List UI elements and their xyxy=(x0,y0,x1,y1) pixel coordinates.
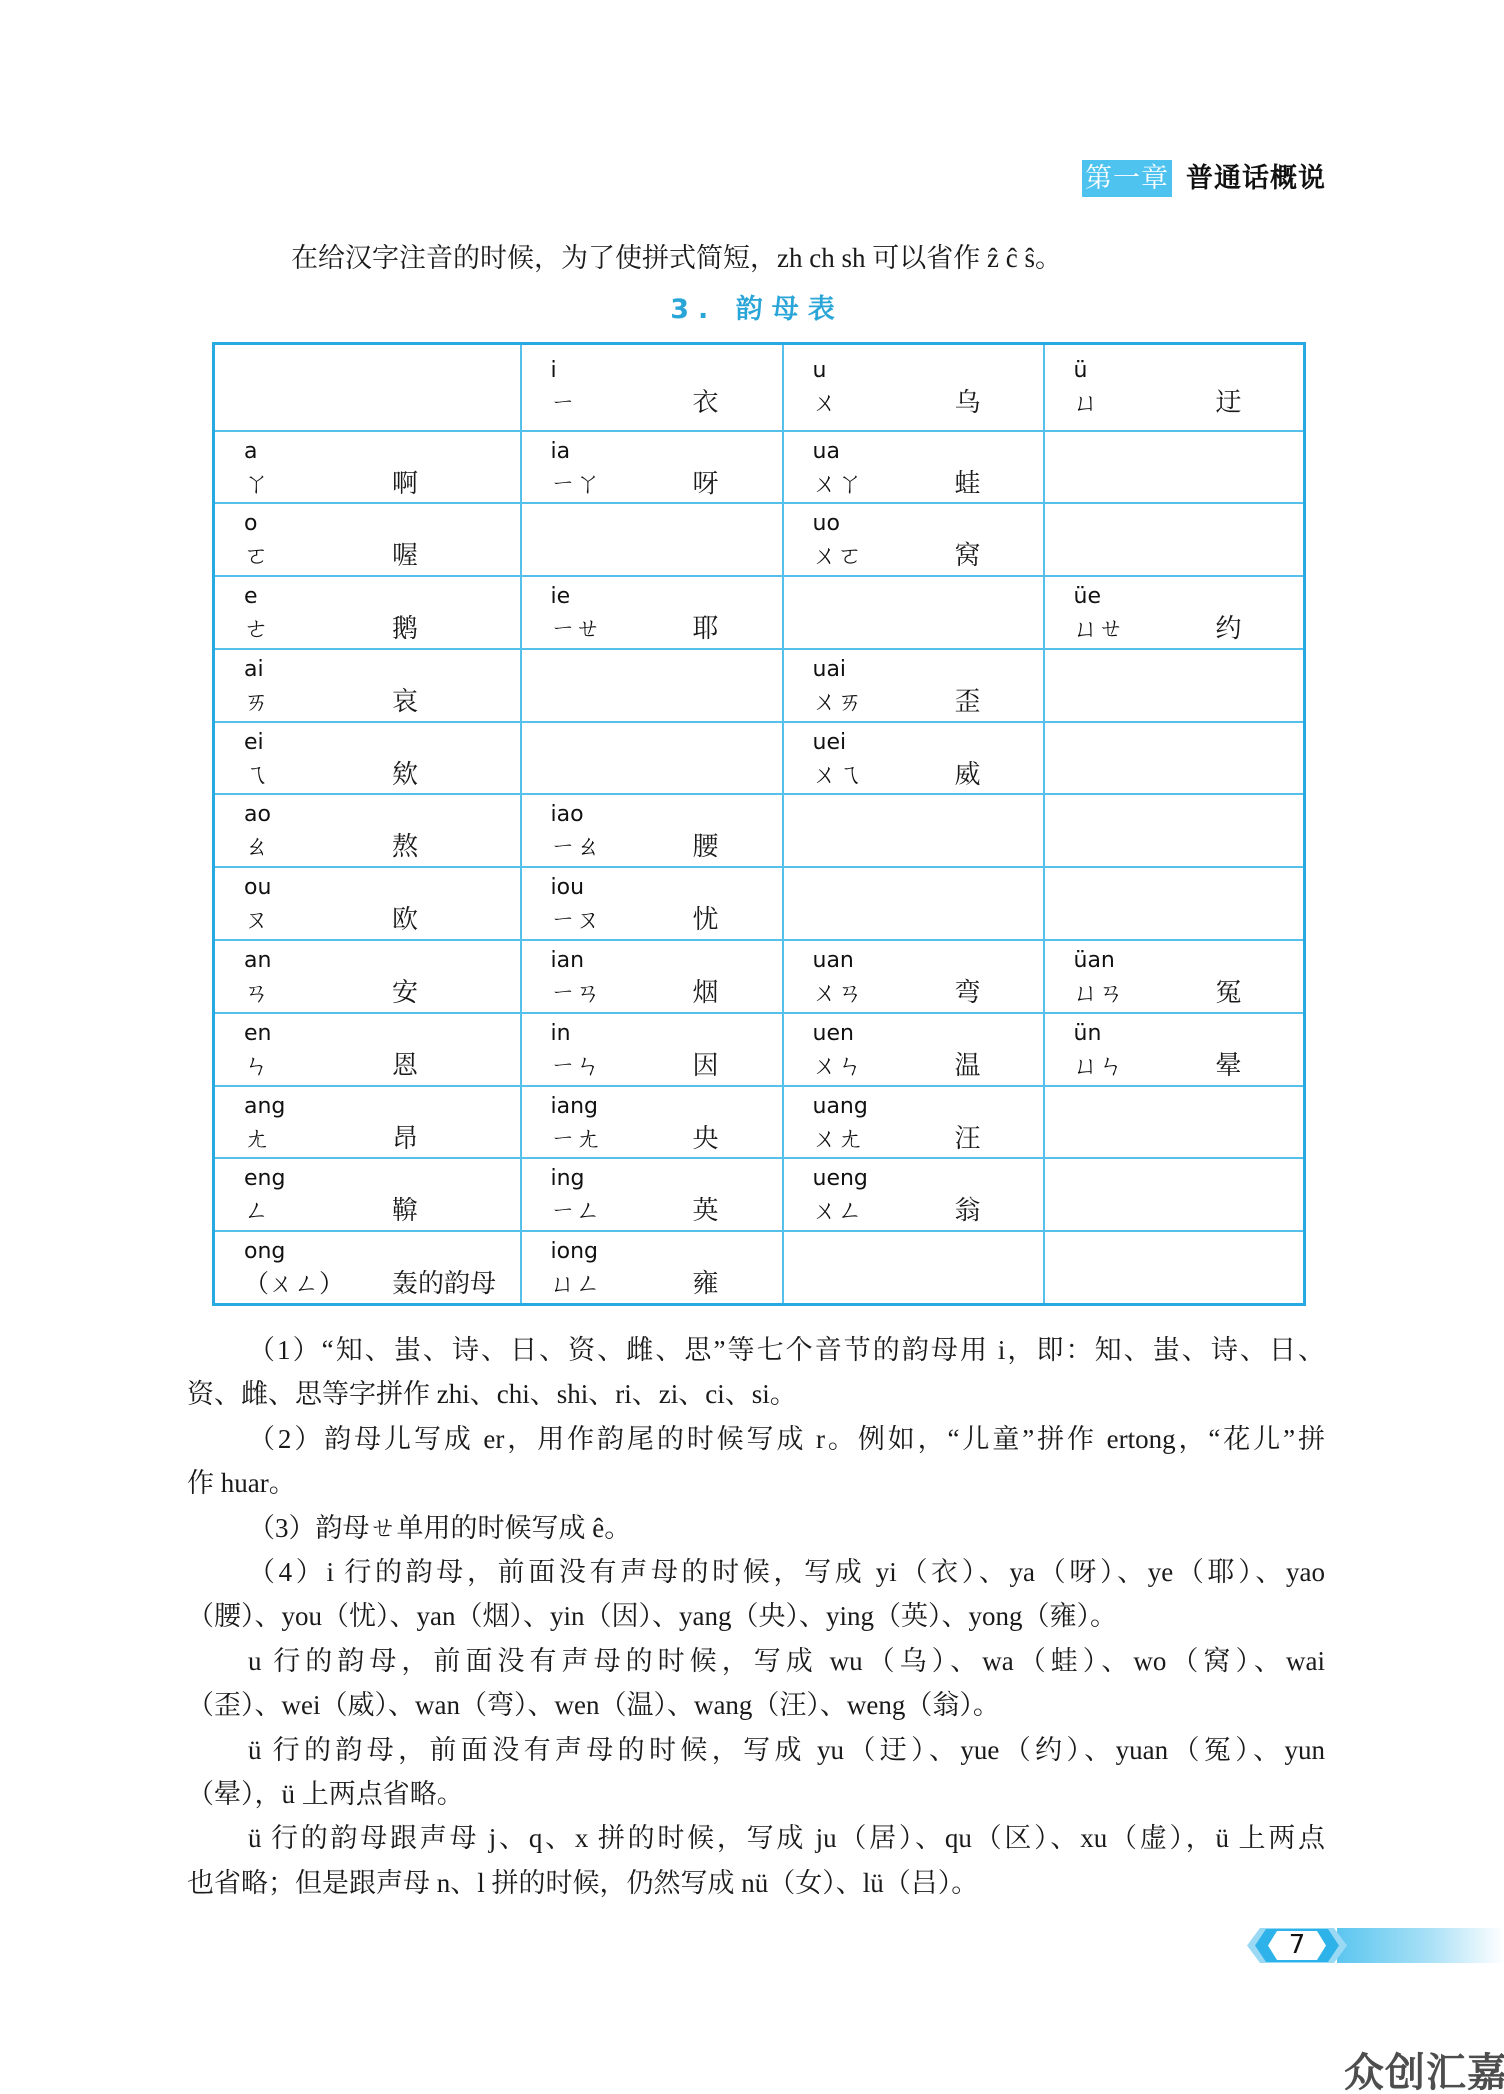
zhuyin: ㄨㄞ xyxy=(813,685,863,719)
table-cell: ouㄡ欧 xyxy=(214,867,521,940)
example-character: 安 xyxy=(392,976,418,1010)
pinyin: ian xyxy=(551,946,782,976)
table-cell: iangㄧㄤ央 xyxy=(521,1086,783,1159)
table-row: oㄛ喔 uoㄨㄛ窝 xyxy=(214,503,1305,576)
example-character: 欧 xyxy=(392,903,418,937)
finals-table: iㄧ衣 uㄨ乌 üㄩ迂 aㄚ啊 iaㄧㄚ呀 uaㄨㄚ蛙 oㄛ喔 uoㄨㄛ窝 eㄜ… xyxy=(212,342,1306,1306)
table-cell: engㄥ鞥 xyxy=(214,1158,521,1231)
zhuyin: ㄨ xyxy=(813,386,838,420)
table-cell xyxy=(1044,1086,1305,1159)
zhuyin: ㄥ xyxy=(244,1194,269,1228)
example-character: 耶 xyxy=(693,612,719,646)
table-cell: ong（ㄨㄥ）轰的韵母 xyxy=(214,1231,521,1304)
pinyin xyxy=(1074,873,1304,903)
page-number: 7 xyxy=(1267,1927,1327,1964)
table-cell: uanㄨㄢ弯 xyxy=(783,940,1044,1013)
example-character: 英 xyxy=(693,1194,719,1228)
note-1-line-2: 资、雌、思等字拼作 zhi、chi、shi、ri、zi、ci、si。 xyxy=(187,1372,1325,1416)
pinyin: iong xyxy=(551,1237,782,1267)
pinyin: ün xyxy=(1074,1019,1304,1049)
example-character: 汪 xyxy=(955,1122,981,1156)
pinyin: i xyxy=(551,356,782,386)
pinyin xyxy=(551,509,782,539)
pinyin: eng xyxy=(244,1164,520,1194)
example-character: 冤 xyxy=(1216,976,1242,1010)
example-character: 弯 xyxy=(955,976,981,1010)
zhuyin: ㄧㄚ xyxy=(551,467,601,501)
example-character: 温 xyxy=(955,1049,981,1083)
table-row: aiㄞ哀 uaiㄨㄞ歪 xyxy=(214,649,1305,722)
zhuyin: ㄧㄢ xyxy=(551,976,601,1010)
pinyin: o xyxy=(244,509,520,539)
table-row: aㄚ啊 iaㄧㄚ呀 uaㄨㄚ蛙 xyxy=(214,431,1305,504)
table-header-cell: iㄧ衣 xyxy=(521,344,783,431)
table-cell xyxy=(1044,431,1305,504)
example-character: 忧 xyxy=(693,903,719,937)
table-cell: ünㄩㄣ晕 xyxy=(1044,1013,1305,1086)
table-cell: angㄤ昂 xyxy=(214,1086,521,1159)
example-character: 呀 xyxy=(693,467,719,501)
table-row: ong（ㄨㄥ）轰的韵母 iongㄩㄥ雍 xyxy=(214,1231,1305,1304)
pinyin xyxy=(1074,1164,1304,1194)
pinyin: ü xyxy=(1074,356,1304,386)
table-cell xyxy=(521,722,783,795)
zhuyin: ㄩㄥ xyxy=(551,1267,601,1301)
zhuyin: ㄢ xyxy=(244,976,269,1010)
pinyin: ou xyxy=(244,873,520,903)
pinyin xyxy=(1074,509,1304,539)
note-4-line-1: （4）i 行的韵母，前面没有声母的时候，写成 yi（衣）、ya（呀）、ye（耶）… xyxy=(187,1550,1325,1594)
table-row: eiㄟ欸 ueiㄨㄟ威 xyxy=(214,722,1305,795)
watermark: 众创汇嘉 xyxy=(1344,2050,1504,2094)
example-character: 迂 xyxy=(1216,386,1242,420)
zhuyin: ㄜ xyxy=(244,612,269,646)
table-cell: ianㄧㄢ烟 xyxy=(521,940,783,1013)
zhuyin: ㄧㄝ xyxy=(551,612,601,646)
table-cell xyxy=(783,1231,1044,1304)
table-cell: ueiㄨㄟ威 xyxy=(783,722,1044,795)
example-character: 啊 xyxy=(392,467,418,501)
zhuyin: ㄠ xyxy=(244,830,269,864)
table-cell: uaiㄨㄞ歪 xyxy=(783,649,1044,722)
table-cell: eiㄟ欸 xyxy=(214,722,521,795)
note-4-line-2: （腰）、you（忧）、yan（烟）、yin（因）、yang（央）、ying（英）… xyxy=(187,1594,1325,1638)
pinyin xyxy=(813,1237,1043,1267)
table-header-cell: uㄨ乌 xyxy=(783,344,1044,431)
table-cell: aoㄠ熬 xyxy=(214,794,521,867)
example-character: 鞥 xyxy=(392,1194,418,1228)
pinyin: u xyxy=(813,356,1043,386)
pinyin: ing xyxy=(551,1164,782,1194)
note-2-line-2: 作 huar。 xyxy=(187,1461,1325,1505)
table-cell: aiㄞ哀 xyxy=(214,649,521,722)
section-title: 3. 韵母表 xyxy=(600,292,914,328)
pinyin xyxy=(813,582,1043,612)
table-cell: ieㄧㄝ耶 xyxy=(521,576,783,649)
table-cell xyxy=(1044,794,1305,867)
example-character: 轰的韵母 xyxy=(392,1267,496,1301)
table-cell: üanㄩㄢ冤 xyxy=(1044,940,1305,1013)
pinyin: üan xyxy=(1074,946,1304,976)
pinyin xyxy=(1074,655,1304,685)
example-character: 央 xyxy=(693,1122,719,1156)
example-character: 歪 xyxy=(955,685,981,719)
zhuyin: ㄨㄚ xyxy=(813,467,863,501)
table-cell: enㄣ恩 xyxy=(214,1013,521,1086)
table-cell: üeㄩㄝ约 xyxy=(1044,576,1305,649)
pinyin: a xyxy=(244,437,520,467)
example-character: 威 xyxy=(955,758,981,792)
zhuyin: ㄨㄥ xyxy=(813,1194,863,1228)
zhuyin: ㄩㄝ xyxy=(1074,612,1124,646)
table-row: aoㄠ熬 iaoㄧㄠ腰 xyxy=(214,794,1305,867)
table-cell: ingㄧㄥ英 xyxy=(521,1158,783,1231)
pinyin xyxy=(813,800,1043,830)
example-character: 晕 xyxy=(1216,1049,1242,1083)
pinyin: iang xyxy=(551,1092,782,1122)
pinyin: iao xyxy=(551,800,782,830)
zhuyin: ㄨㄢ xyxy=(813,976,863,1010)
note-7-line-2: 也省略；但是跟声母 n、l 拼的时候，仍然写成 nü（女）、lü（吕）。 xyxy=(187,1861,1325,1905)
table-cell xyxy=(783,867,1044,940)
pinyin: an xyxy=(244,946,520,976)
pinyin xyxy=(551,655,782,685)
zhuyin: ㄛ xyxy=(244,539,269,573)
table-cell xyxy=(783,794,1044,867)
pinyin: uei xyxy=(813,728,1043,758)
table-cell: uenㄨㄣ温 xyxy=(783,1013,1044,1086)
note-2-line-1: （2）韵母儿写成 er，用作韵尾的时候写成 r。例如，“儿童”拼作 ertong… xyxy=(187,1417,1325,1461)
example-character: 窝 xyxy=(955,539,981,573)
example-character: 乌 xyxy=(955,386,981,420)
example-character: 恩 xyxy=(392,1049,418,1083)
note-5-line-1: u 行的韵母，前面没有声母的时候，写成 wu（乌）、wa（蛙）、wo（窝）、wa… xyxy=(187,1639,1325,1683)
table-row: eㄜ鹅 ieㄧㄝ耶 üeㄩㄝ约 xyxy=(214,576,1305,649)
example-character: 蛙 xyxy=(955,467,981,501)
table-cell: uengㄨㄥ翁 xyxy=(783,1158,1044,1231)
pinyin: ai xyxy=(244,655,520,685)
pinyin xyxy=(551,728,782,758)
example-character: 欸 xyxy=(392,758,418,792)
zhuyin: （ㄨㄥ） xyxy=(244,1267,344,1301)
zhuyin: ㄧㄠ xyxy=(551,830,601,864)
zhuyin: ㄨㄛ xyxy=(813,539,863,573)
zhuyin: ㄧㄡ xyxy=(551,903,601,937)
example-character: 因 xyxy=(693,1049,719,1083)
pinyin: uan xyxy=(813,946,1043,976)
zhuyin: ㄡ xyxy=(244,903,269,937)
intro-paragraph: 在给汉字注音的时候，为了使拼式简短，zh ch sh 可以省作 ẑ ĉ ŝ。 xyxy=(291,238,1191,278)
zhuyin: ㄞ xyxy=(244,685,269,719)
pinyin xyxy=(813,873,1043,903)
zhuyin: ㄩㄢ xyxy=(1074,976,1124,1010)
pinyin: ao xyxy=(244,800,520,830)
example-character: 腰 xyxy=(693,830,719,864)
zhuyin: ㄚ xyxy=(244,467,269,501)
zhuyin: ㄧㄥ xyxy=(551,1194,601,1228)
example-character: 翁 xyxy=(955,1194,981,1228)
zhuyin: ㄣ xyxy=(244,1049,269,1083)
pinyin: iou xyxy=(551,873,782,903)
table-row: enㄣ恩 inㄧㄣ因 uenㄨㄣ温 ünㄩㄣ晕 xyxy=(214,1013,1305,1086)
table-cell: uoㄨㄛ窝 xyxy=(783,503,1044,576)
example-character: 昂 xyxy=(392,1122,418,1156)
note-3-line-1: （3）韵母ㄝ单用的时候写成 ê。 xyxy=(187,1506,1325,1550)
example-character: 衣 xyxy=(693,386,719,420)
table-cell: oㄛ喔 xyxy=(214,503,521,576)
example-character: 约 xyxy=(1216,612,1242,646)
zhuyin: ㄟ xyxy=(244,758,269,792)
table-cell xyxy=(1044,649,1305,722)
table-cell: iouㄧㄡ忧 xyxy=(521,867,783,940)
notes-section: （1）“知、蚩、诗、日、资、雌、思”等七个音节的韵母用 i，即：知、蚩、诗、日、… xyxy=(187,1328,1325,1905)
table-cell: iaㄧㄚ呀 xyxy=(521,431,783,504)
example-character: 烟 xyxy=(693,976,719,1010)
zhuyin: ㄧㄤ xyxy=(551,1122,601,1156)
table-cell: uaㄨㄚ蛙 xyxy=(783,431,1044,504)
zhuyin: ㄨㄤ xyxy=(813,1122,863,1156)
pinyin: uai xyxy=(813,655,1043,685)
pinyin xyxy=(1074,1237,1304,1267)
table-header-cell: üㄩ迂 xyxy=(1044,344,1305,431)
table-cell: iaoㄧㄠ腰 xyxy=(521,794,783,867)
pinyin: ua xyxy=(813,437,1043,467)
table-header-row: iㄧ衣 uㄨ乌 üㄩ迂 xyxy=(214,344,1305,431)
table-row: anㄢ安 ianㄧㄢ烟 uanㄨㄢ弯 üanㄩㄢ冤 xyxy=(214,940,1305,1013)
zhuyin: ㄧㄣ xyxy=(551,1049,601,1083)
table-cell xyxy=(1044,1158,1305,1231)
table-header-cell xyxy=(214,344,521,431)
table-cell xyxy=(783,576,1044,649)
table-cell xyxy=(521,649,783,722)
example-character: 喔 xyxy=(392,539,418,573)
table-cell: aㄚ啊 xyxy=(214,431,521,504)
zhuyin: ㄨㄣ xyxy=(813,1049,863,1083)
note-1-line-1: （1）“知、蚩、诗、日、资、雌、思”等七个音节的韵母用 i，即：知、蚩、诗、日、 xyxy=(187,1328,1325,1372)
note-6-line-2: （晕），ü 上两点省略。 xyxy=(187,1772,1325,1816)
pinyin: ong xyxy=(244,1237,520,1267)
table-cell xyxy=(1044,1231,1305,1304)
table-cell xyxy=(521,503,783,576)
table-cell xyxy=(1044,722,1305,795)
zhuyin: ㄩㄣ xyxy=(1074,1049,1124,1083)
chapter-badge: 第一章 xyxy=(1082,160,1172,197)
table-cell: eㄜ鹅 xyxy=(214,576,521,649)
chapter-title: 普通话概说 xyxy=(1186,160,1326,197)
note-6-line-1: ü 行的韵母，前面没有声母的时候，写成 yu（迂）、yue（约）、yuan（冤）… xyxy=(187,1728,1325,1772)
table-cell: anㄢ安 xyxy=(214,940,521,1013)
example-character: 雍 xyxy=(693,1267,719,1301)
table-row: ouㄡ欧 iouㄧㄡ忧 xyxy=(214,867,1305,940)
table-row: angㄤ昂 iangㄧㄤ央 uangㄨㄤ汪 xyxy=(214,1086,1305,1159)
table-cell: uangㄨㄤ汪 xyxy=(783,1086,1044,1159)
pinyin: üe xyxy=(1074,582,1304,612)
pinyin: ang xyxy=(244,1092,520,1122)
pinyin: in xyxy=(551,1019,782,1049)
zhuyin: ㄨㄟ xyxy=(813,758,863,792)
example-character: 熬 xyxy=(392,830,418,864)
note-5-line-2: （歪）、wei（威）、wan（弯）、wen（温）、wang（汪）、weng（翁）… xyxy=(187,1683,1325,1727)
zhuyin: ㄧ xyxy=(551,386,576,420)
pinyin: ei xyxy=(244,728,520,758)
pinyin: e xyxy=(244,582,520,612)
example-character: 哀 xyxy=(392,685,418,719)
pinyin xyxy=(1074,728,1304,758)
pinyin: en xyxy=(244,1019,520,1049)
pinyin: ie xyxy=(551,582,782,612)
zhuyin: ㄤ xyxy=(244,1122,269,1156)
pinyin: ueng xyxy=(813,1164,1043,1194)
pinyin: uang xyxy=(813,1092,1043,1122)
table-cell xyxy=(1044,867,1305,940)
note-7-line-1: ü 行的韵母跟声母 j、q、x 拼的时候，写成 ju（居）、qu（区）、xu（虚… xyxy=(187,1816,1325,1860)
pinyin xyxy=(1074,1092,1304,1122)
table-cell xyxy=(1044,503,1305,576)
pinyin xyxy=(1074,437,1304,467)
zhuyin: ㄩ xyxy=(1074,386,1099,420)
pinyin: ia xyxy=(551,437,782,467)
table-cell: iongㄩㄥ雍 xyxy=(521,1231,783,1304)
pinyin: uo xyxy=(813,509,1043,539)
pinyin xyxy=(244,356,520,386)
table-row: engㄥ鞥 ingㄧㄥ英 uengㄨㄥ翁 xyxy=(214,1158,1305,1231)
example-character: 鹅 xyxy=(392,612,418,646)
pinyin xyxy=(1074,800,1304,830)
table-cell: inㄧㄣ因 xyxy=(521,1013,783,1086)
pinyin: uen xyxy=(813,1019,1043,1049)
